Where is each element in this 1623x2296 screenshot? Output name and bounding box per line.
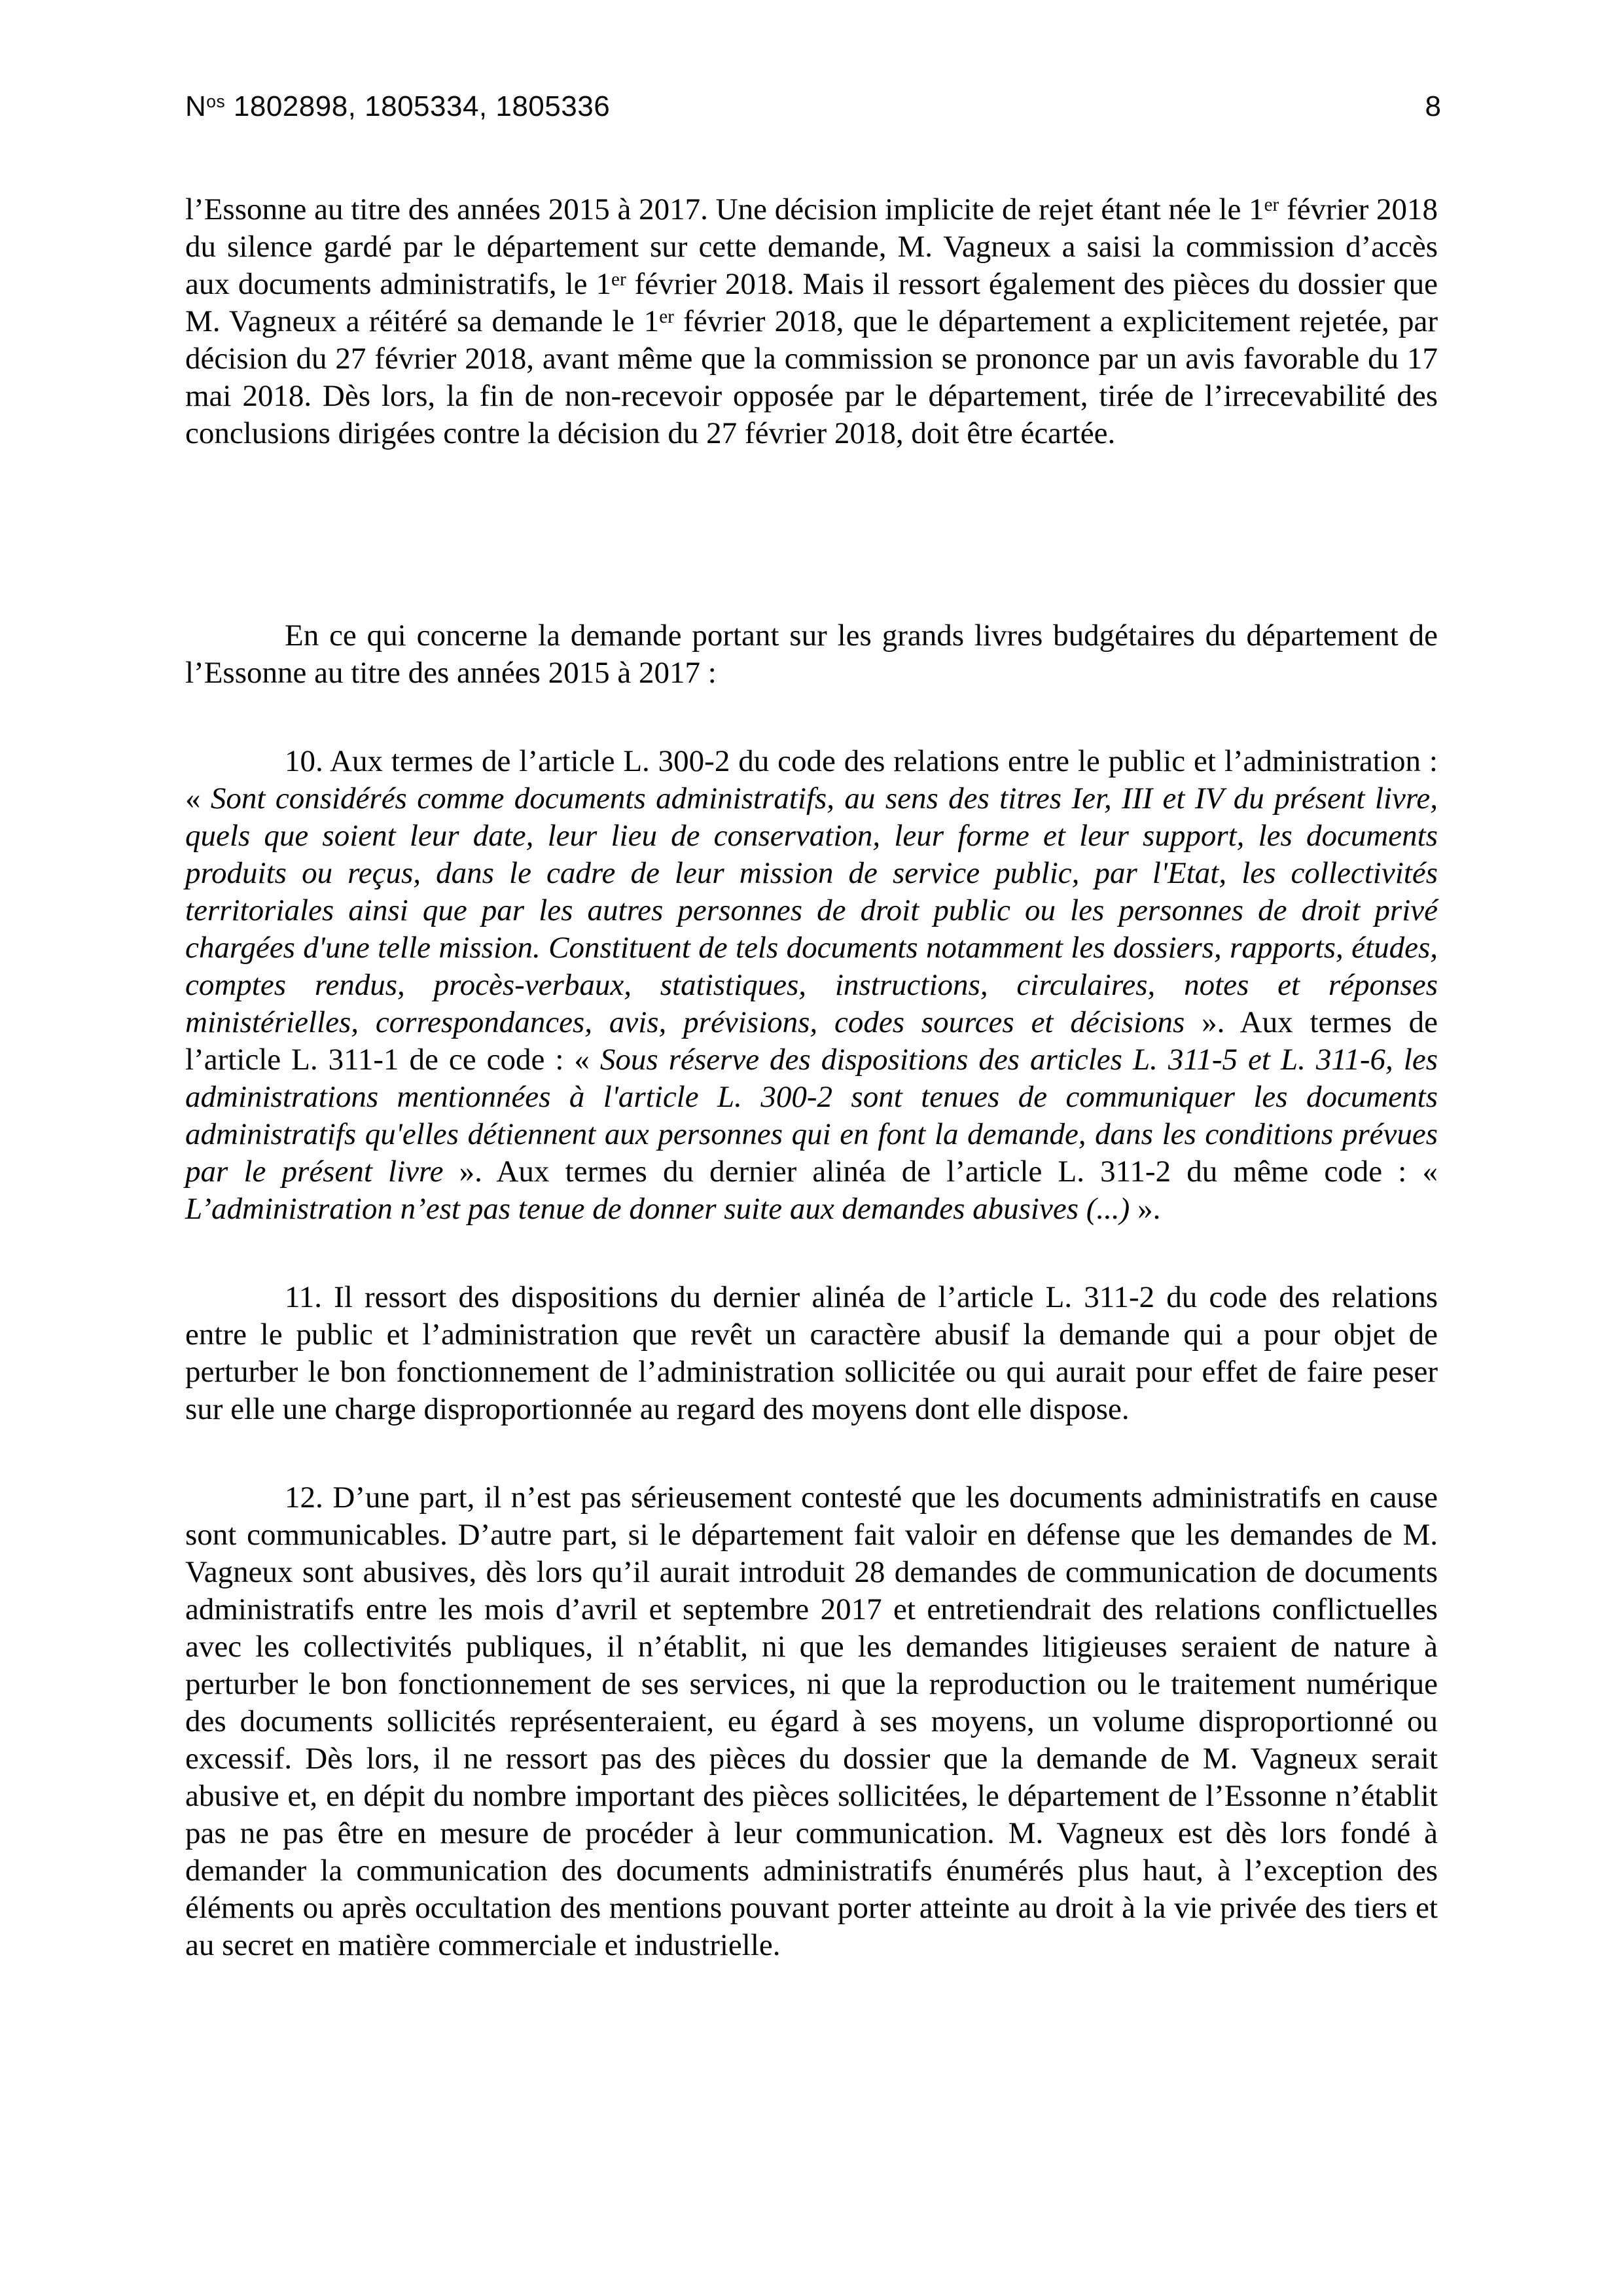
text-segment: 12. D’une part, il n’est pas sérieusemen…: [185, 1480, 1438, 1962]
document-body: l’Essonne au titre des années 2015 à 201…: [185, 191, 1438, 1964]
case-numbers-list: 1802898, 1805334, 1805336: [225, 90, 610, 122]
page-header: Nos 1802898, 1805334, 1805336 8: [185, 90, 1441, 123]
paragraph-section-heading: En ce qui concerne la demande portant su…: [185, 617, 1438, 692]
case-numbers-superscript: os: [206, 92, 225, 111]
document-page: Nos 1802898, 1805334, 1805336 8 l’Essonn…: [0, 0, 1623, 2296]
page-number: 8: [1425, 90, 1441, 123]
text-segment: ».: [1130, 1192, 1160, 1226]
text-segment: er: [611, 269, 626, 290]
paragraph-continuation: l’Essonne au titre des années 2015 à 201…: [185, 191, 1438, 452]
paragraph-point-11: 11. Il ressort des dispositions du derni…: [185, 1279, 1438, 1428]
paragraph-point-10: 10. Aux termes de l’article L. 300-2 du …: [185, 743, 1438, 1228]
paragraph-point-12: 12. D’une part, il n’est pas sérieusemen…: [185, 1479, 1438, 1964]
text-segment: En ce qui concerne la demande portant su…: [185, 619, 1438, 690]
case-numbers: Nos 1802898, 1805334, 1805336: [185, 90, 610, 123]
text-segment: er: [1264, 194, 1279, 215]
text-segment: l’Essonne au titre des années 2015 à 201…: [185, 192, 1264, 226]
text-segment: Sont considérés comme documents administ…: [185, 781, 1438, 1039]
text-segment: L’administration n’est pas tenue de donn…: [185, 1192, 1130, 1226]
text-segment: 11. Il ressort des dispositions du derni…: [185, 1280, 1438, 1426]
text-segment: er: [659, 306, 674, 327]
text-segment: ». Aux termes du dernier alinéa de l’art…: [443, 1155, 1438, 1189]
case-numbers-prefix: N: [185, 90, 206, 122]
